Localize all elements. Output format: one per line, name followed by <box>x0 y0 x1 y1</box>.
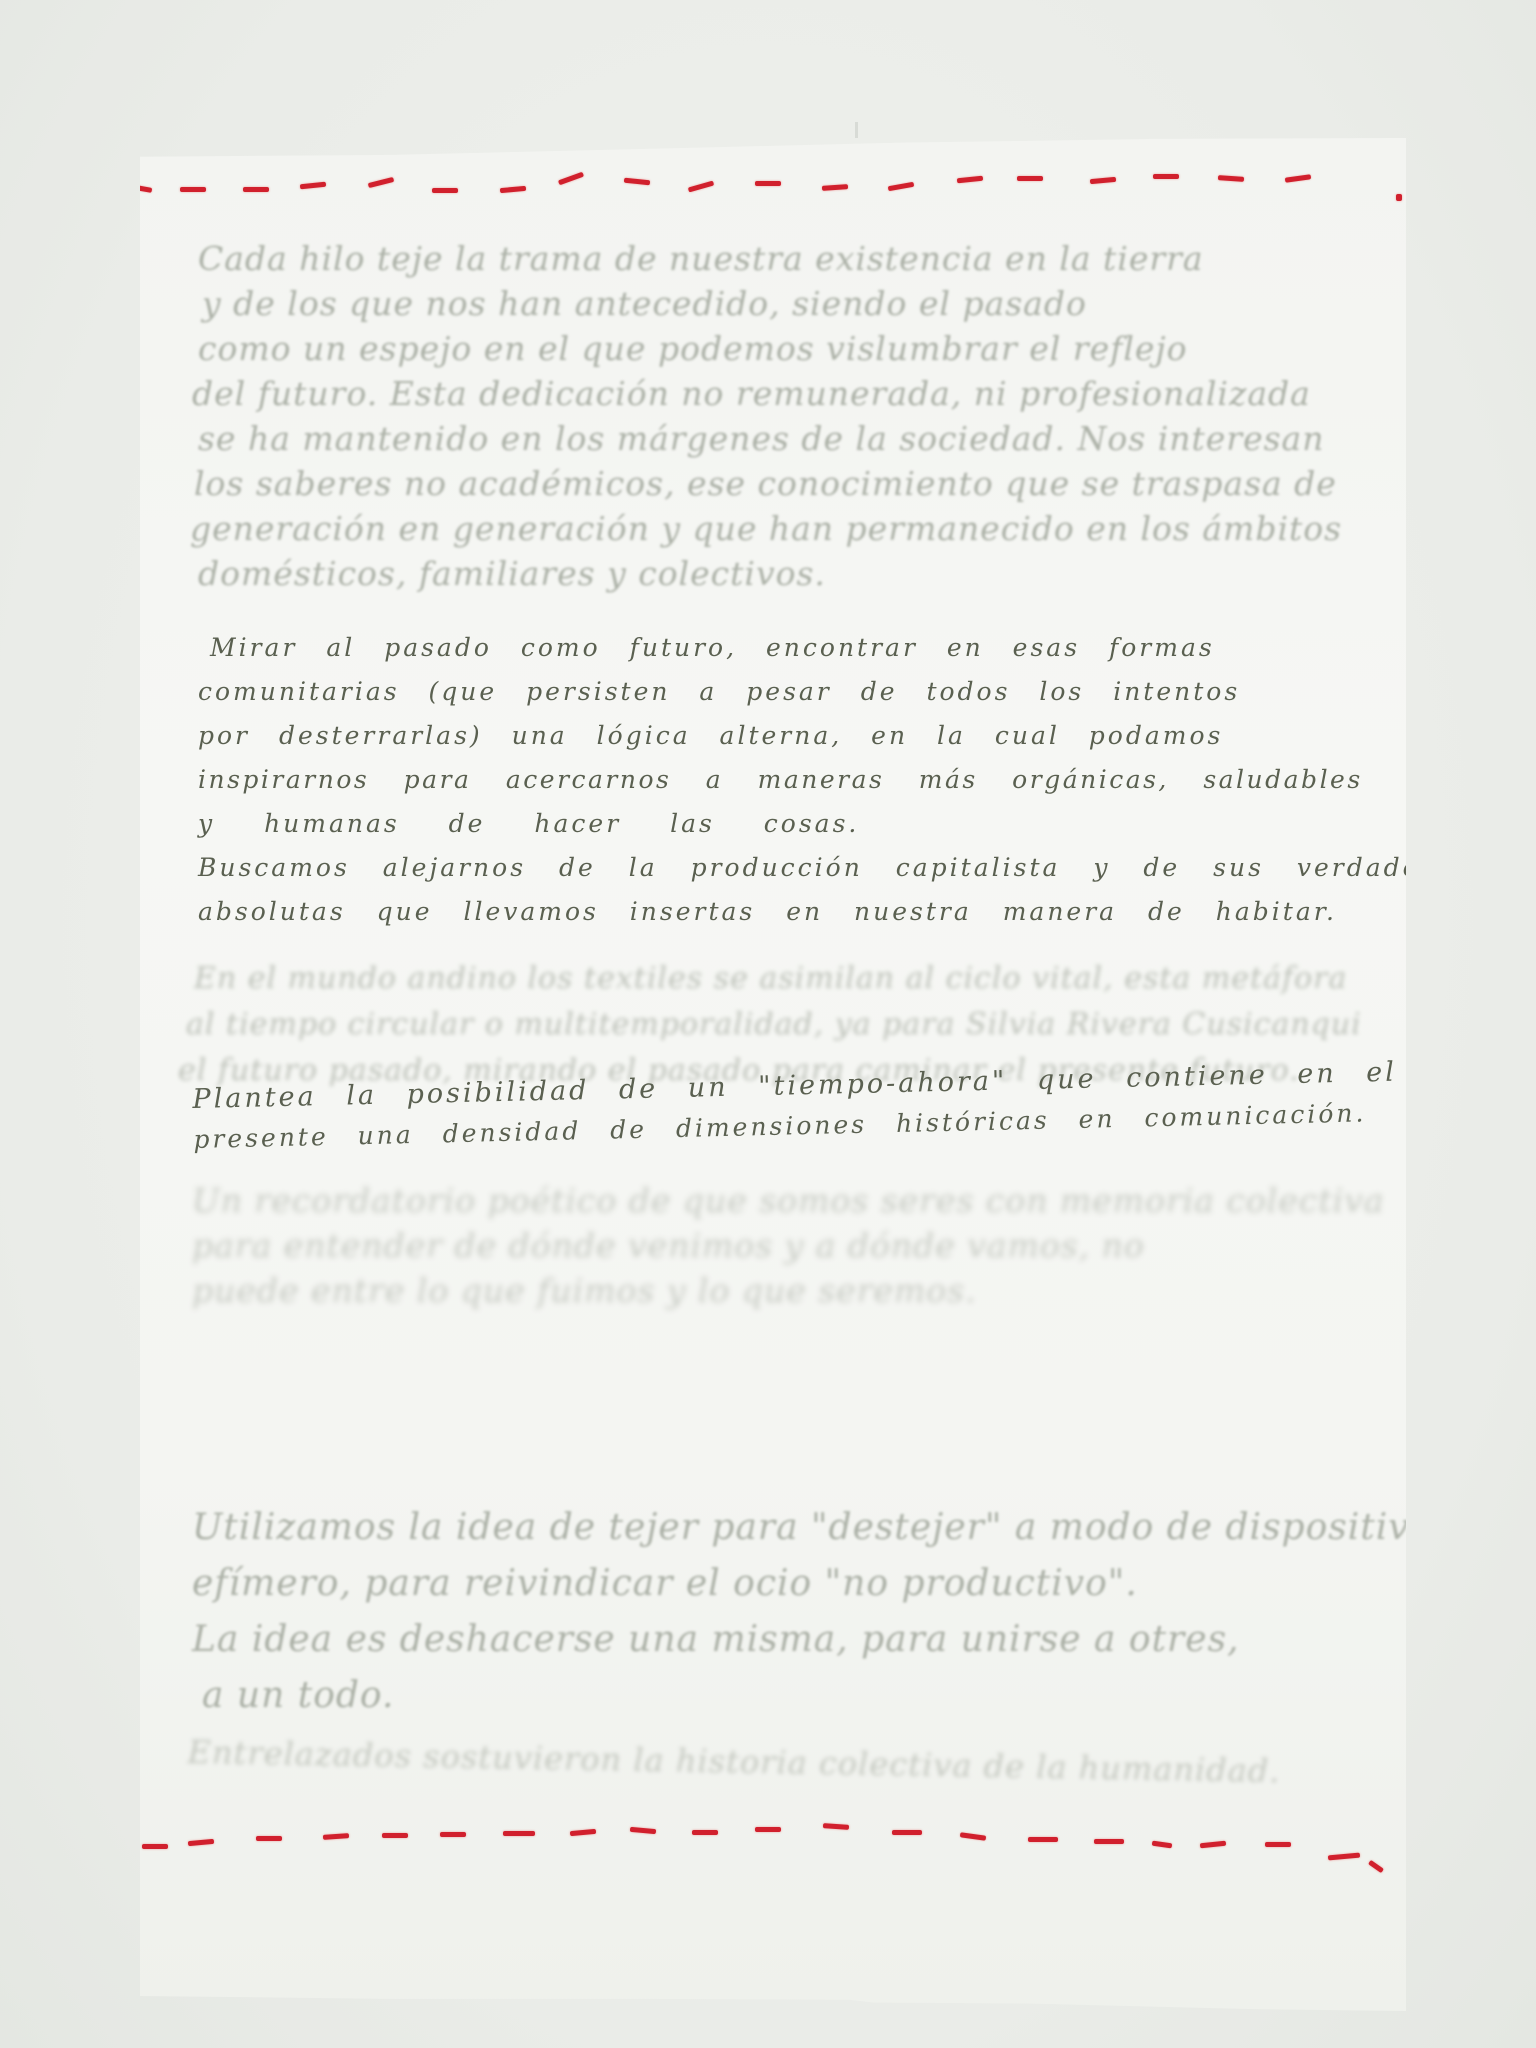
stitch <box>960 1832 986 1841</box>
stitch <box>1328 1853 1360 1861</box>
stitch <box>1368 1860 1384 1873</box>
text-line: por desterrarlas) una lógica alterna, en… <box>198 714 1436 758</box>
text-line: a un todo. <box>202 1668 1432 1724</box>
stitch <box>957 176 983 184</box>
stitch <box>1218 175 1244 182</box>
text-line: como un espejo en el que podemos vislumb… <box>198 326 1342 371</box>
stitch <box>368 177 394 188</box>
text-line: inspirarnos para acercarnos a maneras má… <box>198 758 1436 802</box>
text-line: En el mundo andino los textiles se asimi… <box>194 956 1362 1002</box>
stitch <box>1396 194 1402 201</box>
stitch <box>822 184 848 191</box>
stitch <box>1153 174 1179 179</box>
text-line: los saberes no académicos, ese conocimie… <box>194 461 1342 506</box>
stitch <box>755 1827 781 1832</box>
stitch <box>180 187 206 192</box>
text-line: del futuro. Esta dedicación no remunerad… <box>192 371 1342 416</box>
stitch <box>1200 1841 1226 1849</box>
stitch <box>892 1830 922 1835</box>
text-line: Cada hilo teje la trama de nuestra exist… <box>198 236 1342 281</box>
text-line: Entrelazados sostuvieron la historia col… <box>187 1730 1281 1794</box>
stitch <box>440 1832 466 1837</box>
stitch <box>692 1830 718 1835</box>
stitch <box>323 1833 349 1840</box>
stitch <box>888 182 914 191</box>
translucent-paper-sheet: Cada hilo teje la trama de nuestra exist… <box>140 138 1406 2011</box>
stitch <box>432 188 458 193</box>
stitch <box>1152 1841 1173 1849</box>
stitch <box>382 1833 408 1838</box>
text-line: y humanas de hacer las cosas. <box>198 802 1436 846</box>
text-line: domésticos, familiares y colectivos. <box>198 551 1342 596</box>
stitch <box>503 1831 535 1836</box>
background-paragraph-4: Utilizamos la idea de tejer para "destej… <box>192 1500 1432 1724</box>
stitch <box>630 1827 656 1834</box>
stitch <box>755 181 781 186</box>
text-line: efímero, para reivindicar el ocio "no pr… <box>192 1556 1432 1612</box>
text-line: La idea es deshacerse una misma, para un… <box>192 1612 1432 1668</box>
stitch <box>142 1844 168 1849</box>
text-line: y de los que nos han antecedido, siendo … <box>202 281 1342 326</box>
stitch <box>558 172 584 186</box>
top-red-stitch-line <box>140 182 1406 212</box>
background-paragraph-5: Entrelazados sostuvieron la historia col… <box>187 1730 1281 1794</box>
bottom-red-stitch-line <box>140 1828 1406 1858</box>
stitch <box>823 1823 849 1830</box>
stitch <box>570 1829 596 1836</box>
paper-hanging-tab <box>855 122 858 138</box>
text-line: para entender de dónde venimos y a dónde… <box>192 1223 1385 1268</box>
stitch <box>1028 1837 1058 1842</box>
stitch <box>624 178 650 186</box>
stitch <box>256 1836 282 1841</box>
text-line: Utilizamos la idea de tejer para "destej… <box>192 1500 1432 1556</box>
stitch <box>1090 177 1116 184</box>
stitch <box>688 181 714 193</box>
text-line: Un recordatorio poético de que somos ser… <box>192 1178 1385 1223</box>
text-line: absolutas que llevamos insertas en nuest… <box>198 890 1436 934</box>
stitch <box>1094 1839 1124 1844</box>
text-line: generación en generación y que han perma… <box>190 506 1342 551</box>
background-paragraph-3: Un recordatorio poético de que somos ser… <box>192 1178 1385 1313</box>
stitch <box>1265 1842 1291 1847</box>
foreground-paragraph-1: Mirar al pasado como futuro, encontrar e… <box>198 626 1436 934</box>
text-line: Buscamos alejarnos de la producción capi… <box>198 846 1436 890</box>
text-line: al tiempo circular o multitemporalidad, … <box>186 1002 1362 1048</box>
text-line: Mirar al pasado como futuro, encontrar e… <box>210 626 1436 670</box>
text-line: comunitarias (que persisten a pesar de t… <box>198 670 1436 714</box>
stitch <box>1017 176 1043 181</box>
text-line: se ha mantenido en los márgenes de la so… <box>198 416 1342 461</box>
stitch <box>500 186 526 193</box>
text-line: puede entre lo que fuimos y lo que serem… <box>192 1268 1385 1313</box>
stitch <box>188 1839 214 1846</box>
stitch <box>1285 174 1311 183</box>
stitch <box>243 187 269 192</box>
stitch <box>300 182 326 190</box>
background-paragraph-1: Cada hilo teje la trama de nuestra exist… <box>198 236 1342 596</box>
